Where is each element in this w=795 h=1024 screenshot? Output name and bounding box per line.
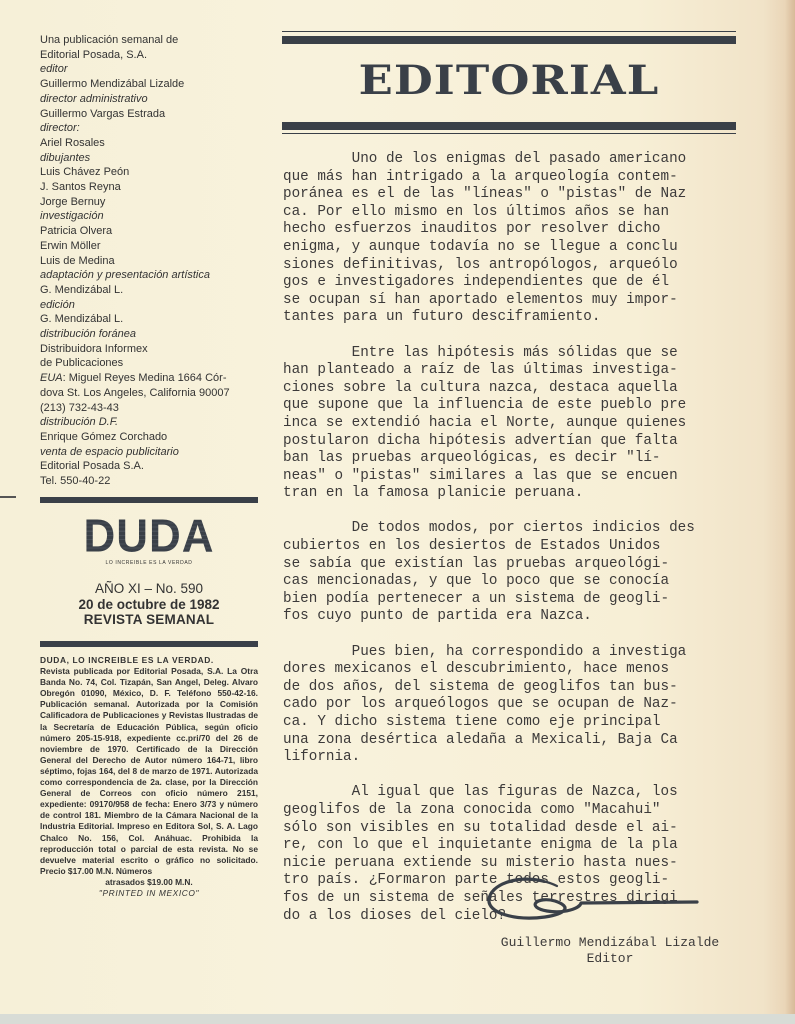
masthead-name: (213) 732-43-43: [40, 401, 270, 416]
masthead-region-label: EUA: [40, 372, 63, 384]
title-top-thick-rule: [282, 36, 736, 44]
masthead-credits: Una publicación semanal deEditorial Posa…: [40, 33, 270, 489]
masthead-name: G. Mendizábal L.: [40, 312, 270, 327]
printed-in-mexico: "PRINTED IN MEXICO": [40, 888, 258, 899]
masthead-name: Editorial Posada, S.A.: [40, 48, 270, 63]
masthead-role: editor: [40, 62, 270, 77]
legal-top-rule: [40, 641, 258, 647]
issue-type: REVISTA SEMANAL: [40, 612, 258, 628]
editorial-paragraph: Entre las hipótesis más sólidas que se h…: [283, 345, 743, 503]
masthead-name: Ariel Rosales: [40, 136, 270, 151]
masthead-name: Tel. 550-40-22: [40, 474, 270, 489]
masthead-name: dova St. Los Angeles, California 90007: [40, 386, 270, 401]
masthead-role: investigación: [40, 209, 270, 224]
title-bottom-thick-rule: [282, 122, 736, 130]
legal-body: Revista publicada por Editorial Posada, …: [40, 666, 258, 876]
legal-back-issue-price: atrasados $19.00 M.N.: [40, 877, 258, 888]
masthead-name: Guillermo Vargas Estrada: [40, 107, 270, 122]
duda-logo: DUDA LO INCREIBLE ES LA VERDAD: [40, 516, 258, 566]
masthead-name: Luis de Medina: [40, 254, 270, 269]
signature-icon: [485, 873, 700, 925]
title-top-thin-rule: [282, 31, 736, 32]
masthead-name: Erwin Möller: [40, 239, 270, 254]
editorial-paragraph: De todos modos, por ciertos indicios des…: [283, 520, 743, 626]
page-bottom-edge: [0, 1014, 795, 1024]
legal-notice: DUDA, LO INCREIBLE ES LA VERDAD. Revista…: [40, 655, 258, 899]
page-edge-shadow: [785, 0, 795, 1024]
masthead-name: Jorge Bernuy: [40, 195, 270, 210]
signer-block: Guillermo Mendizábal Lizalde Editor: [440, 935, 780, 967]
signer-name: Guillermo Mendizábal Lizalde: [440, 935, 780, 951]
masthead-name: Guillermo Mendizábal Lizalde: [40, 77, 270, 92]
masthead-name: Luis Chávez Peón: [40, 165, 270, 180]
masthead-name: EUA: Miguel Reyes Medina 1664 Cór-: [40, 371, 270, 386]
masthead-role: director:: [40, 121, 270, 136]
masthead-role: dibujantes: [40, 151, 270, 166]
issue-number: AÑO XI – No. 590: [40, 581, 258, 597]
logo-top-rule: [40, 497, 258, 503]
masthead-role: edición: [40, 298, 270, 313]
masthead-name: Distribuidora Informex: [40, 342, 270, 357]
editorial-paragraph: Pues bien, ha correspondido a investiga …: [283, 644, 743, 767]
signer-role: Editor: [440, 951, 780, 967]
editorial-body: Uno de los enigmas del pasado americano …: [283, 151, 743, 943]
logo-wordmark: DUDA: [83, 515, 214, 559]
editorial-paragraph: Uno de los enigmas del pasado americano …: [283, 151, 743, 327]
margin-tick-mark: [0, 496, 16, 498]
editorial-title: EDITORIAL: [255, 58, 763, 104]
masthead-role: adaptación y presentación artística: [40, 268, 270, 283]
masthead-name: Patricia Olvera: [40, 224, 270, 239]
masthead-name: J. Santos Reyna: [40, 180, 270, 195]
masthead-name: Enrique Gómez Corchado: [40, 430, 270, 445]
masthead-name: Editorial Posada S.A.: [40, 459, 270, 474]
masthead-name: G. Mendizábal L.: [40, 283, 270, 298]
issue-date: 20 de octubre de 1982: [40, 597, 258, 613]
issue-info: AÑO XI – No. 590 20 de octubre de 1982 R…: [40, 581, 258, 628]
title-bottom-thin-rule: [282, 133, 736, 134]
masthead-name: de Publicaciones: [40, 356, 270, 371]
masthead-role: director administrativo: [40, 92, 270, 107]
masthead-role: distribución foránea: [40, 327, 270, 342]
masthead-name: Una publicación semanal de: [40, 33, 270, 48]
masthead-role: distribución D.F.: [40, 415, 270, 430]
masthead-role: venta de espacio publicitario: [40, 445, 270, 460]
legal-title: DUDA, LO INCREIBLE ES LA VERDAD.: [40, 655, 258, 666]
